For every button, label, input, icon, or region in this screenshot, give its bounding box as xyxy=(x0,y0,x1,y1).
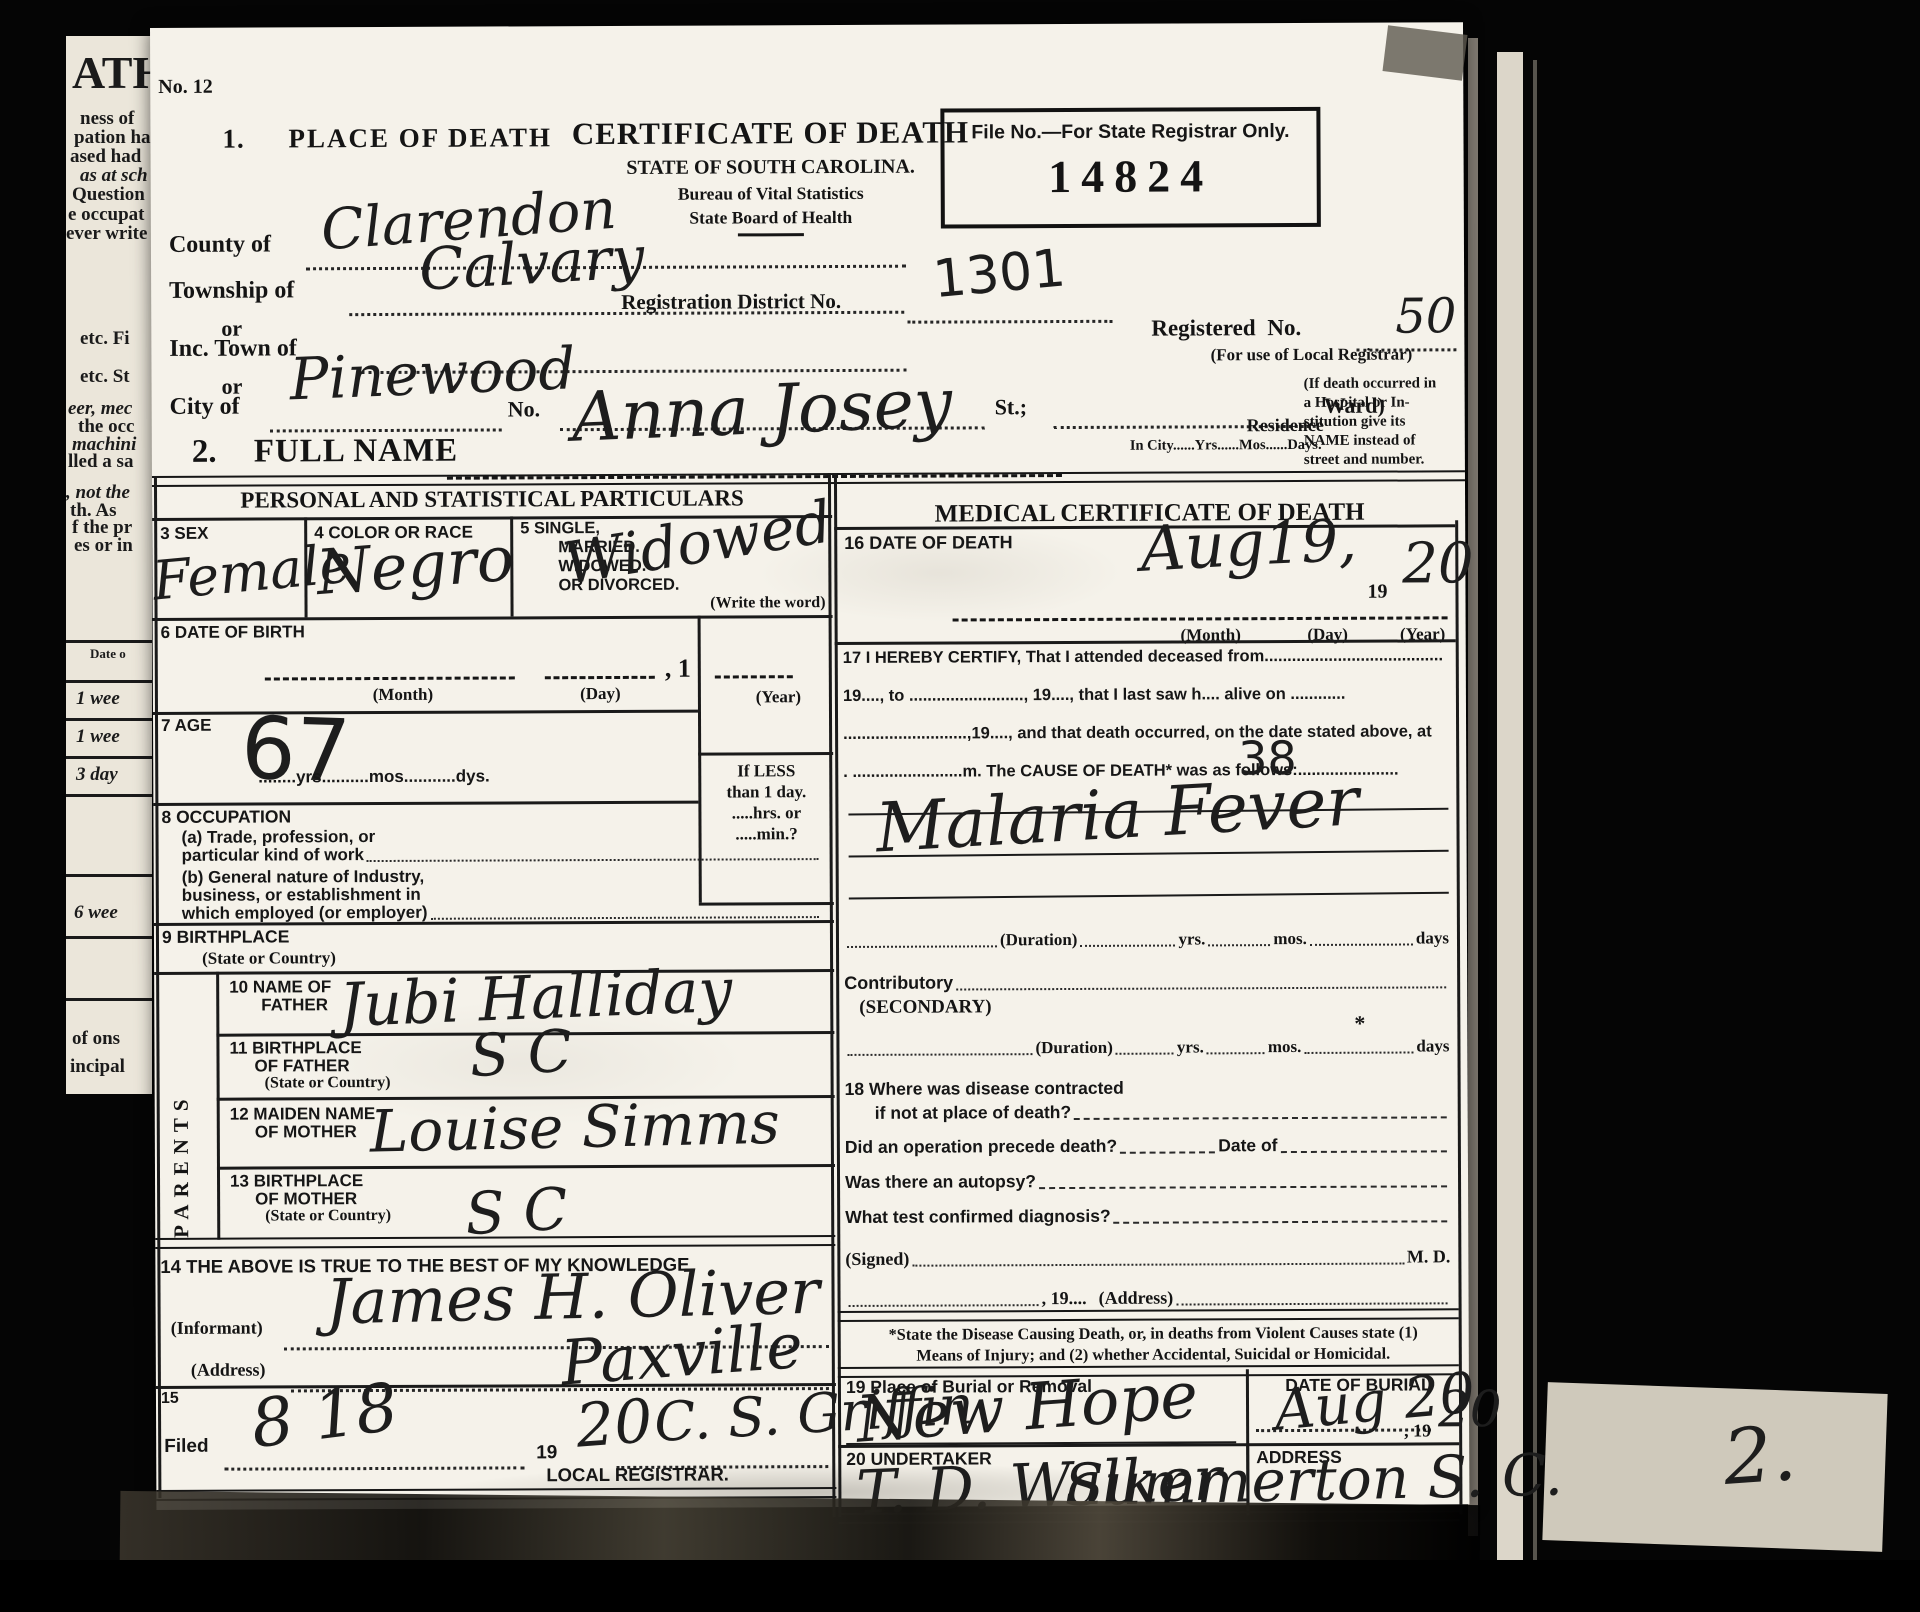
father-bp-caption: (State or Country) xyxy=(265,1074,391,1093)
cell-divider xyxy=(304,517,307,617)
dotted-leader xyxy=(847,935,997,948)
dashed-leader xyxy=(1114,1210,1448,1223)
contributory-label: Contributory xyxy=(844,973,953,994)
cell-divider xyxy=(216,972,220,1240)
dob-year-caption: (Year) xyxy=(731,687,826,707)
file-number-box: File No.—For State Registrar Only. 14824 xyxy=(940,107,1321,229)
certificate-title: CERTIFICATE OF DEATH xyxy=(540,114,1000,152)
mother-bp-caption: (State or Country) xyxy=(265,1207,391,1226)
registered-no-value: 50 xyxy=(1395,292,1456,340)
mos-label: mos. xyxy=(1273,929,1307,949)
sex-label: 3 SEX xyxy=(160,524,208,544)
hospital-note-line: NAME instead of xyxy=(1304,431,1464,451)
signed-address-line: , 19.... (Address) xyxy=(846,1286,1451,1310)
underlay-rule xyxy=(66,640,152,643)
dod-year-value: 20 xyxy=(1402,536,1474,592)
rule xyxy=(698,752,833,755)
rule-double xyxy=(838,1308,1459,1322)
certificate-sheet: No. 12 1. PLACE OF DEATH CERTIFICATE OF … xyxy=(150,22,1469,1510)
stray-handwriting: 2. xyxy=(1721,1415,1799,1496)
city-label: City of xyxy=(170,394,240,421)
hospital-note-line: stitution give its xyxy=(1304,412,1464,432)
underlay-fragment: Date o xyxy=(90,646,126,662)
underlay-fragment: of ons xyxy=(72,1028,120,1050)
underlay-fragment: es or in xyxy=(74,535,133,557)
mos-label: mos. xyxy=(1268,1037,1302,1057)
underlay-fragment: 6 wee xyxy=(74,902,118,924)
test-question: What test confirmed diagnosis? xyxy=(845,1206,1111,1228)
occupation-a2-line: particular kind of work xyxy=(182,843,822,866)
if-less-line: If LESS xyxy=(701,760,831,782)
if-less-line: .....min.? xyxy=(701,823,831,845)
dob-day-line xyxy=(545,676,655,679)
underlay-fragment: ATH xyxy=(72,46,152,99)
dotted-leader xyxy=(847,1043,1032,1056)
township-label: Township of xyxy=(169,277,294,305)
certify-line1: 17 I HEREBY CERTIFY, That I attended dec… xyxy=(843,646,1461,668)
write-the-word-label: (Write the word) xyxy=(520,594,825,613)
informant-address-label: (Address) xyxy=(191,1360,266,1381)
filed-date-value: 8 18 xyxy=(247,1374,401,1458)
days-label: days xyxy=(1416,1036,1449,1056)
underlay-rule xyxy=(66,756,152,759)
underlay-rule xyxy=(66,718,152,721)
fullname-label: FULL NAME xyxy=(254,433,458,471)
age-label: 7 AGE xyxy=(161,716,211,736)
underlay-rule xyxy=(66,998,152,1001)
parents-label: PARENTS xyxy=(168,1013,194,1238)
hospital-note-line: a Hospital or In- xyxy=(1304,393,1464,413)
dotted-leader xyxy=(912,1253,1404,1267)
dod-year-printed: 19 xyxy=(1367,581,1387,604)
operation-question: Did an operation precede death? xyxy=(845,1136,1117,1158)
underlay-rule xyxy=(66,936,152,939)
cell-divider xyxy=(510,516,513,616)
operation-line: Did an operation precede death? Date of xyxy=(845,1134,1450,1158)
filed-year-value: 20 xyxy=(574,1391,655,1456)
registered-no-label: Registered No. xyxy=(1151,315,1301,342)
county-label: County of xyxy=(169,231,271,258)
occupation-a2: particular kind of work xyxy=(182,845,364,866)
filed-line xyxy=(224,1466,524,1470)
underlying-page-strip: ATH ness of pation ha ased had as at sch… xyxy=(66,36,152,1094)
footnote-line1: *State the Disease Causing Death, or, in… xyxy=(846,1322,1461,1345)
occupation-b3: which employed (or employer) xyxy=(182,903,428,924)
duration-label: (Duration) xyxy=(1000,930,1078,950)
mother-name-label2: OF MOTHER xyxy=(255,1122,357,1142)
informant-label: (Informant) xyxy=(171,1318,263,1339)
dob-month-caption: (Month) xyxy=(348,685,458,705)
underlay-fragment: incipal xyxy=(70,1056,125,1078)
registration-district-value: 1301 xyxy=(931,242,1068,306)
underlay-fragment: 1 wee xyxy=(76,688,120,710)
dashed-leader xyxy=(1074,1106,1447,1120)
rule-double xyxy=(155,1235,835,1249)
page-edge-sliver xyxy=(1533,60,1537,1560)
heading-underline xyxy=(738,233,804,236)
q18-question: if not at place of death? xyxy=(875,1102,1071,1124)
dashed-leader xyxy=(1120,1141,1215,1153)
dotted-leader xyxy=(1176,1292,1447,1305)
residence-label: Residence xyxy=(1247,415,1324,436)
dob-year-line xyxy=(715,675,793,678)
scan-bottom-black xyxy=(0,1560,1920,1612)
local-registrar-label: LOCAL REGISTRAR. xyxy=(546,1463,729,1486)
underlay-fragment: etc. Fi xyxy=(80,328,130,350)
birthplace-caption: (State or Country) xyxy=(202,948,336,969)
if-less-line: than 1 day. xyxy=(701,781,831,803)
signed-year-label: , 19.... xyxy=(1042,1288,1087,1309)
dashed-leader xyxy=(1280,1140,1446,1153)
torn-corner xyxy=(1382,25,1467,80)
yrs-label: yrs. xyxy=(1178,929,1205,949)
date-of-death-label: 16 DATE OF DEATH xyxy=(844,532,1012,554)
if-less-line: .....hrs. or xyxy=(701,802,831,824)
q18-line1: 18 Where was disease contracted xyxy=(845,1078,1124,1100)
signed-address-label: (Address) xyxy=(1099,1288,1174,1309)
autopsy-line: Was there an autopsy? xyxy=(845,1169,1450,1193)
certify-line3: ...........................,19...., and … xyxy=(843,722,1461,744)
street-label: St.; xyxy=(995,394,1028,420)
dob-year-prefix: , 1 xyxy=(665,654,691,684)
fullname-value: Anna Josey xyxy=(570,370,953,453)
dob-month-line xyxy=(265,676,515,680)
dotted-leader xyxy=(1208,934,1270,946)
dotted-leader xyxy=(1207,1042,1265,1054)
underlay-fragment: 1 wee xyxy=(76,726,120,748)
dotted-leader xyxy=(1310,933,1413,945)
if-less-box: If LESS than 1 day. .....hrs. or .....mi… xyxy=(701,760,831,845)
underlay-rule xyxy=(66,874,152,877)
signed-line: (Signed) M. D. xyxy=(845,1246,1450,1270)
column-divider xyxy=(834,473,841,1517)
underlay-fragment: lled a sa xyxy=(68,451,133,473)
section1-number: 1. xyxy=(222,124,244,155)
duration2-line: (Duration) yrs. mos. days xyxy=(844,1036,1449,1059)
dod-month-value: Aug xyxy=(1139,512,1267,581)
age-units: ........yrs..........mos...........dys. xyxy=(258,767,490,788)
contributory-line: Contributory xyxy=(844,970,1449,994)
autopsy-question: Was there an autopsy? xyxy=(845,1171,1036,1193)
cause-rule xyxy=(849,892,1449,900)
race-value: Negro xyxy=(314,528,516,604)
secondary-label: (SECONDARY) xyxy=(859,996,991,1019)
dob-label: 6 DATE OF BIRTH xyxy=(161,622,305,643)
test-line: What test confirmed diagnosis? xyxy=(845,1204,1450,1228)
days-label: days xyxy=(1416,928,1449,948)
signed-label: (Signed) xyxy=(845,1249,909,1270)
underlay-rule xyxy=(66,680,152,683)
section-divider-rule xyxy=(152,470,1465,487)
hospital-note: (If death occurred in a Hospital or In- … xyxy=(1304,374,1464,470)
bottom-right-page-corner: 2. xyxy=(1542,1382,1887,1552)
underlay-fragment: etc. St xyxy=(80,366,130,388)
township-value: Calvary xyxy=(418,228,646,299)
date-of-label: Date of xyxy=(1218,1135,1277,1156)
underlay-rule xyxy=(66,794,152,797)
local-registrar-note: (For use of Local Registrar) xyxy=(1161,344,1461,365)
birthplace-label: 9 BIRTHPLACE xyxy=(162,926,289,948)
occupation-label: 8 OCCUPATION xyxy=(161,806,291,828)
dotted-leader xyxy=(1116,1043,1174,1055)
street-no-label: No. xyxy=(508,396,541,422)
rule xyxy=(217,1164,835,1169)
underlay-fragment: 3 day xyxy=(76,764,118,786)
father-bp-value: S C xyxy=(468,1022,574,1086)
city-line xyxy=(270,428,502,432)
mother-name-value: Louise Simms xyxy=(369,1094,780,1161)
section1-title: PLACE OF DEATH xyxy=(288,122,552,154)
scanned-death-certificate: ATH ness of pation ha ased had as at sch… xyxy=(0,0,1920,1612)
page-edge-sliver xyxy=(1468,38,1478,1536)
file-number-label: File No.—For State Registrar Only. xyxy=(944,120,1316,145)
file-number-value: 14824 xyxy=(945,149,1317,204)
rule xyxy=(153,615,833,620)
hospital-note-line: street and number. xyxy=(1304,450,1464,470)
page-edge-sliver xyxy=(1497,52,1523,1568)
dotted-leader xyxy=(430,906,818,920)
dashed-leader xyxy=(1039,1175,1447,1189)
form-number: No. 12 xyxy=(158,76,213,99)
asterisk-mark: * xyxy=(1354,1011,1365,1037)
dob-day-caption: (Day) xyxy=(553,684,648,704)
dotted-leader xyxy=(1304,1041,1413,1053)
yrs-label: yrs. xyxy=(1177,1037,1204,1057)
dod-day-value: 19, xyxy=(1263,511,1357,573)
cause-code-value: 38 xyxy=(1238,735,1297,781)
registration-district-line xyxy=(907,320,1112,324)
residence-line: In City......Yrs......Mos......Days. xyxy=(1130,437,1322,455)
underlay-fragment: Question xyxy=(72,184,145,206)
rule xyxy=(153,801,698,806)
dotted-leader xyxy=(956,976,1446,990)
burial-year-value: 20 xyxy=(1438,1384,1502,1434)
q18-line2: if not at place of death? xyxy=(875,1100,1450,1124)
dotted-leader xyxy=(1080,935,1175,947)
certify-line2: 19...., to ........................., 19… xyxy=(843,684,1461,706)
section15-number: 15 xyxy=(161,1390,179,1408)
underlay-fragment: ever write xyxy=(66,223,147,245)
dotted-leader xyxy=(367,848,819,862)
father-name-label2: FATHER xyxy=(261,995,328,1015)
md-label: M. D. xyxy=(1407,1246,1451,1267)
mother-bp-value: S C xyxy=(464,1180,570,1244)
burial-year-printed: , 19 xyxy=(1404,1420,1431,1441)
inc-town-label: Inc. Town of xyxy=(169,335,297,363)
registration-district-label: Registration District No. xyxy=(621,289,841,315)
filed-label: Filed xyxy=(164,1436,208,1458)
duration-label: (Duration) xyxy=(1035,1038,1113,1058)
fullname-number: 2. xyxy=(192,434,217,471)
dotted-leader xyxy=(849,1294,1039,1307)
hospital-note-line: (If death occurred in xyxy=(1304,374,1464,394)
filed-year-printed: 19 xyxy=(536,1442,557,1464)
rule xyxy=(153,710,698,715)
date-of-death-line xyxy=(953,616,1448,621)
duration1-line: (Duration) yrs. mos. days xyxy=(844,928,1449,951)
